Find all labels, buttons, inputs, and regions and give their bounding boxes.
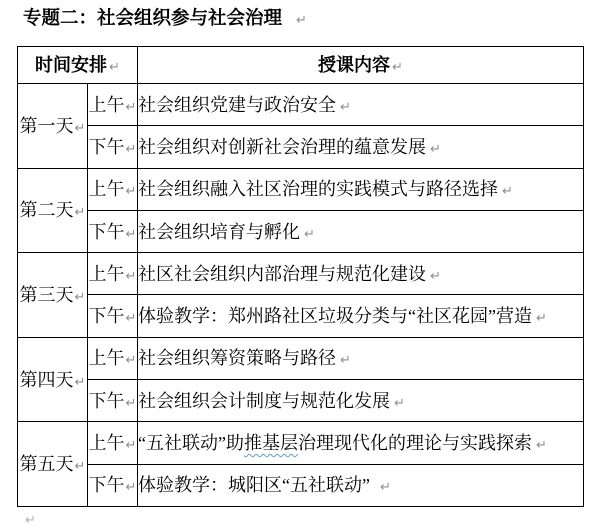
course-title: 社会组织培育与孵化 (138, 222, 300, 242)
content-cell-day5-morning[interactable]: “五社联动”助推基层治理现代化的理论与实践探索↵ (138, 422, 584, 464)
paragraph-mark: ↵ (75, 290, 86, 305)
paragraph-mark: ↵ (536, 311, 547, 326)
paragraph-mark: ↵ (502, 184, 513, 199)
paragraph-mark: ↵ (75, 459, 86, 474)
course-title: 社会组织对创新社会治理的蕴意发展 (138, 137, 426, 157)
period-label: 上午 (89, 179, 125, 199)
day-label: 第四天 (20, 370, 74, 390)
paragraph-mark: ↵ (536, 438, 547, 453)
course-title: 社会组织党建与政治安全 (138, 95, 336, 115)
table-row: 下午↵ 社会组织对创新社会治理的蕴意发展↵ (18, 126, 584, 168)
paragraph-mark: ↵ (126, 480, 137, 495)
paragraph-mark: ↵ (392, 60, 403, 75)
period-cell-afternoon[interactable]: 下午↵ (88, 380, 138, 422)
table-row: 下午↵ 体验教学：郑州路社区垃圾分类与“社区花园”营造↵ (18, 295, 584, 337)
day-label: 第二天 (20, 200, 74, 220)
day-cell-1[interactable]: 第一天↵ (18, 84, 88, 169)
period-cell-afternoon[interactable]: 下午↵ (88, 295, 138, 337)
content-cell-day5-afternoon[interactable]: 体验教学：城阳区“五社联动”↵ (138, 464, 584, 506)
table-row: 第二天↵ 上午↵ 社会组织融入社区治理的实践模式与路径选择↵ (18, 168, 584, 210)
course-title: 社会组织会计制度与规范化发展 (138, 391, 390, 411)
header-content-cell[interactable]: 授课内容↵ (138, 47, 584, 84)
paragraph-mark: ↵ (126, 269, 137, 284)
period-label: 上午 (89, 348, 125, 368)
paragraph-mark: ↵ (304, 227, 315, 242)
paragraph-mark: ↵ (430, 142, 441, 157)
period-cell-morning[interactable]: 上午↵ (88, 337, 138, 379)
day-cell-2[interactable]: 第二天↵ (18, 168, 88, 253)
paragraph-mark: ↵ (126, 142, 137, 157)
paragraph-mark: ↵ (340, 353, 351, 368)
paragraph-mark: ↵ (340, 100, 351, 115)
paragraph-mark: ↵ (126, 311, 137, 326)
period-cell-afternoon[interactable]: 下午↵ (88, 210, 138, 252)
header-time-label: 时间安排 (35, 55, 107, 75)
period-label: 下午 (89, 137, 125, 157)
paragraph-mark: ↵ (296, 13, 307, 28)
paragraph-mark: ↵ (109, 60, 120, 75)
content-cell-day2-morning[interactable]: 社会组织融入社区治理的实践模式与路径选择↵ (138, 168, 584, 210)
period-label: 下午 (89, 475, 125, 495)
content-cell-day1-morning[interactable]: 社会组织党建与政治安全↵ (138, 84, 584, 126)
course-title: 社区社会组织内部治理与规范化建设 (138, 264, 426, 284)
table-header-row: 时间安排↵ 授课内容↵ (18, 47, 584, 84)
table-row: 下午↵ 体验教学：城阳区“五社联动”↵ (18, 464, 584, 506)
paragraph-mark: ↵ (126, 100, 137, 115)
period-label: 上午 (89, 95, 125, 115)
document-page: 专题二：社会组织参与社会治理↵ 时间安排↵ 授课内容↵ 第一天↵ 上午↵ 社会组… (0, 0, 609, 526)
period-cell-afternoon[interactable]: 下午↵ (88, 464, 138, 506)
period-label: 上午 (89, 264, 125, 284)
content-cell-day3-afternoon[interactable]: 体验教学：郑州路社区垃圾分类与“社区花园”营造↵ (138, 295, 584, 337)
table-row: 第四天↵ 上午↵ 社会组织筹资策略与路径↵ (18, 337, 584, 379)
header-time-cell[interactable]: 时间安排↵ (18, 47, 138, 84)
day-label: 第五天 (20, 454, 74, 474)
table-row: 下午↵ 社会组织培育与孵化↵ (18, 210, 584, 252)
day-cell-4[interactable]: 第四天↵ (18, 337, 88, 422)
day-cell-3[interactable]: 第三天↵ (18, 253, 88, 338)
paragraph-mark: ↵ (380, 480, 391, 495)
content-cell-day2-afternoon[interactable]: 社会组织培育与孵化↵ (138, 210, 584, 252)
course-title: “五社联动”助 (138, 433, 244, 453)
course-title: 社会组织融入社区治理的实践模式与路径选择 (138, 179, 498, 199)
spellcheck-flagged-text: 推基层 (244, 433, 298, 453)
paragraph-mark: ↵ (126, 438, 137, 453)
course-title: 治理现代化的理论与实践探索 (298, 433, 532, 453)
content-cell-day4-afternoon[interactable]: 社会组织会计制度与规范化发展↵ (138, 380, 584, 422)
period-cell-morning[interactable]: 上午↵ (88, 168, 138, 210)
paragraph-mark: ↵ (75, 375, 86, 390)
day-label: 第三天 (20, 285, 74, 305)
content-cell-day1-afternoon[interactable]: 社会组织对创新社会治理的蕴意发展↵ (138, 126, 584, 168)
period-label: 上午 (89, 433, 125, 453)
schedule-table: 时间安排↵ 授课内容↵ 第一天↵ 上午↵ 社会组织党建与政治安全↵ 下午↵ 社会… (17, 46, 584, 507)
period-cell-morning[interactable]: 上午↵ (88, 84, 138, 126)
content-cell-day3-morning[interactable]: 社区社会组织内部治理与规范化建设↵ (138, 253, 584, 295)
header-content-label: 授课内容 (318, 55, 390, 75)
period-label: 下午 (89, 306, 125, 326)
paragraph-mark: ↵ (126, 353, 137, 368)
period-label: 下午 (89, 391, 125, 411)
paragraph-mark: ↵ (126, 396, 137, 411)
table-row: 第一天↵ 上午↵ 社会组织党建与政治安全↵ (18, 84, 584, 126)
content-cell-day4-morning[interactable]: 社会组织筹资策略与路径↵ (138, 337, 584, 379)
day-label: 第一天 (20, 116, 74, 136)
day-cell-5[interactable]: 第五天↵ (18, 422, 88, 507)
table-row: 下午↵ 社会组织会计制度与规范化发展↵ (18, 380, 584, 422)
course-title: 社会组织筹资策略与路径 (138, 348, 336, 368)
period-cell-afternoon[interactable]: 下午↵ (88, 126, 138, 168)
paragraph-mark: ↵ (394, 396, 405, 411)
paragraph-mark: ↵ (75, 121, 86, 136)
paragraph-mark: ↵ (430, 269, 441, 284)
paragraph-mark: ↵ (126, 227, 137, 242)
course-title: 体验教学：城阳区“五社联动” (138, 475, 370, 495)
document-title[interactable]: 专题二：社会组织参与社会治理↵ (23, 6, 307, 34)
paragraph-mark: ↵ (126, 184, 137, 199)
period-label: 下午 (89, 222, 125, 242)
period-cell-morning[interactable]: 上午↵ (88, 422, 138, 464)
paragraph-mark: ↵ (75, 205, 86, 220)
table-row: 第五天↵ 上午↵ “五社联动”助推基层治理现代化的理论与实践探索↵ (18, 422, 584, 464)
paragraph-mark: ↵ (25, 513, 36, 526)
title-text: 专题二：社会组织参与社会治理 (23, 9, 282, 29)
table-row: 第三天↵ 上午↵ 社区社会组织内部治理与规范化建设↵ (18, 253, 584, 295)
course-title: 体验教学：郑州路社区垃圾分类与“社区花园”营造 (138, 306, 532, 326)
period-cell-morning[interactable]: 上午↵ (88, 253, 138, 295)
